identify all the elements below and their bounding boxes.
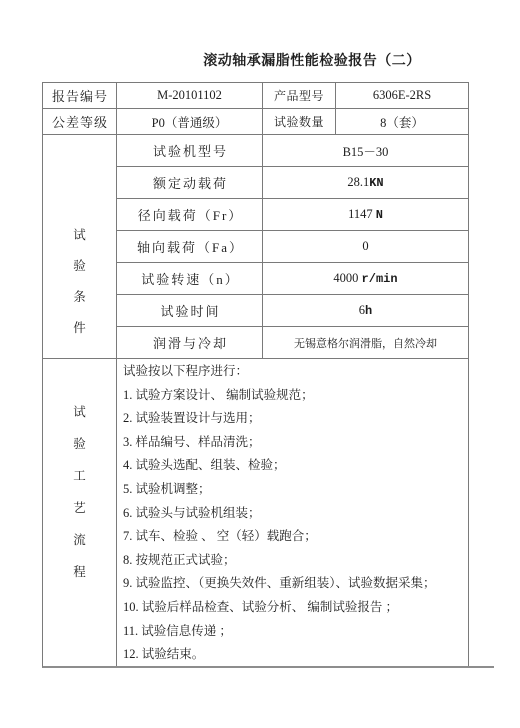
test-quantity-value: 8（套） [336,109,468,135]
test-conditions-side-label: 试验条件 [72,220,87,344]
procedure-step-9: 9. 试验监控、（更换失效件、重新组装）、试验数据采集； [123,572,464,596]
procedure-steps: 试验按以下程序进行： 1. 试验方案设计、 编制试验规范； 2. 试验装置设计与… [117,359,468,666]
rated-dynamic-load-value-text: 28.1 [347,175,369,190]
radial-load-label: 径向载荷（Fr） [117,199,263,231]
test-speed-label: 试验转速（n） [117,263,263,295]
bottom-border-overshoot [468,666,494,668]
test-speed-value-text: 4000 [333,271,361,286]
axial-load-label: 轴向载荷（Fa） [117,231,263,263]
lubrication-cooling-value: 无锡意格尔润滑脂，自然冷却 [263,327,468,359]
radial-load-value: 1147 N [263,199,468,231]
radial-load-value-text: 1147 [348,207,376,222]
rated-dynamic-load-unit: KN [369,176,383,190]
page-title: 滚动轴承漏脂性能检验报告（二） [203,53,421,71]
procedure-step-10: 10. 试验后样品检查、试验分析、 编制试验报告 ； [123,596,464,620]
process-flow-side-header: 试验工艺流程 [43,359,117,666]
machine-model-value-text: B15－30 [343,142,389,160]
axial-load-value: 0 [263,231,468,263]
process-flow-side-label: 试验工艺流程 [72,396,87,588]
machine-model-value: B15－30 [263,135,468,167]
test-speed-unit: r/min [362,272,398,286]
test-quantity-label: 试验数量 [263,109,336,135]
radial-load-unit: N [376,208,383,222]
procedure-step-5: 5. 试验机调整； [123,478,464,502]
procedure-step-6: 6. 试验头与试验机组装； [123,502,464,526]
procedure-intro: 试验按以下程序进行： [123,360,464,384]
procedure-step-4: 4. 试验头选配、组装、检验； [123,454,464,478]
procedure-step-12: 12. 试验结束。 [123,643,464,666]
machine-model-label: 试验机型号 [117,135,263,167]
procedure-step-1: 1. 试验方案设计、 编制试验规范； [123,384,464,408]
rated-dynamic-load-value: 28.1KN [263,167,468,199]
procedure-step-7: 7. 试车、检验 、 空（轻）载跑合； [123,525,464,549]
lubrication-cooling-label: 润滑与冷却 [117,327,263,359]
procedure-step-3: 3. 样品编号、样品清洗； [123,431,464,455]
test-duration-value: 6h [263,295,468,327]
report-table: 报告编号 M-20101102 产品型号 6306E-2RS 公差等级 P0（普… [42,82,469,668]
rated-dynamic-load-label: 额定动载荷 [117,167,263,199]
report-no-value: M-20101102 [117,83,263,109]
procedure-step-2: 2. 试验装置设计与选用； [123,407,464,431]
tolerance-class-value: P0（普通级） [117,109,263,135]
procedure-step-11: 11. 试验信息传递 ； [123,620,464,644]
test-duration-unit: h [365,304,372,318]
tolerance-class-label: 公差等级 [43,109,117,135]
report-no-label: 报告编号 [43,83,117,109]
lubrication-cooling-value-text: 无锡意格尔润滑脂，自然冷却 [294,335,437,351]
test-speed-value: 4000 r/min [263,263,468,295]
test-duration-label: 试验时间 [117,295,263,327]
test-conditions-side-header: 试验条件 [43,135,117,359]
axial-load-value-text: 0 [362,239,368,254]
product-model-value: 6306E-2RS [336,83,468,109]
procedure-step-8: 8. 按规范正式试验； [123,549,464,573]
product-model-label: 产品型号 [263,83,336,109]
